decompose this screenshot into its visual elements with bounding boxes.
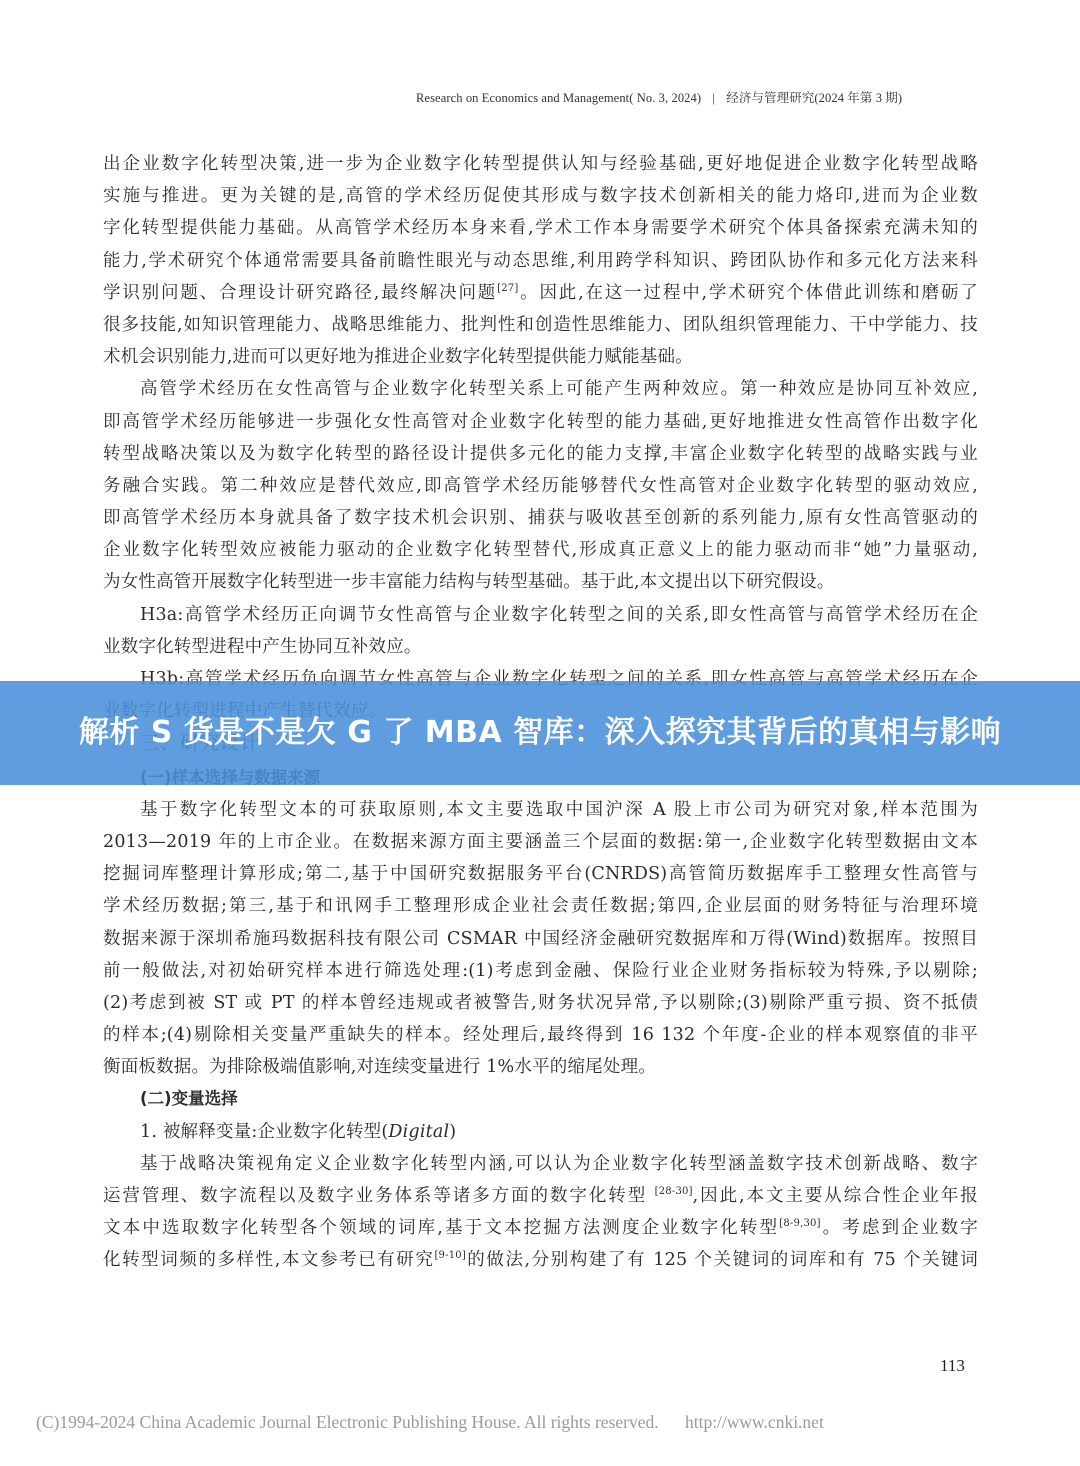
text-line: 很多技能,如知识管理能力、战略思维能力、批判性和创造性思维能力、团队组织管理能力…: [103, 309, 978, 341]
text-line: 即高管学术经历本身就具备了数字技术机会识别、捕获与吸收甚至创新的系列能力,原有女…: [103, 502, 978, 534]
header-separator: |: [712, 91, 715, 105]
subsection-heading: (二)变量选择: [103, 1083, 978, 1115]
text-line: 术机会识别能力,进而可以更好地为推进企业数字化转型提供能力赋能基础。: [103, 341, 978, 373]
title-overlay-banner: 解析 S 货是不是欠 G 了 MBA 智库：深入探究其背后的真相与影响: [0, 681, 1080, 785]
citation-ref[interactable]: [27]: [497, 283, 518, 294]
text-line: 学识别问题、合理设计研究路径,最终解决问题[27]。因此,在这一过程中,学术研究…: [103, 277, 978, 309]
text-line: (2)考虑到被 ST 或 PT 的样本曾经违规或者被警告,财务状况异常,予以剔除…: [103, 987, 978, 1019]
variable-heading: 1. 被解释变量:企业数字化转型(Digital): [103, 1116, 978, 1148]
text-line: 的样本;(4)剔除相关变量严重缺失的样本。经处理后,最终得到 16 132 个年…: [103, 1019, 978, 1051]
text-line: 2013—2019 年的上市企业。在数据来源方面主要涵盖三个层面的数据:第一,企…: [103, 826, 978, 858]
text-line: 高管学术经历在女性高管与企业数字化转型关系上可能产生两种效应。第一种效应是协同互…: [103, 373, 978, 405]
journal-title-cn: 经济与管理研究(2024 年第 3 期): [726, 91, 902, 105]
running-header: Research on Economics and Management( No…: [416, 88, 976, 106]
citation-ref[interactable]: [28-30]: [655, 1186, 693, 1197]
text-line: 出企业数字化转型决策,进一步为企业数字化转型提供认知与经验基础,更好地促进企业数…: [103, 148, 978, 180]
text-line: 基于数字化转型文本的可获取原则,本文主要选取中国沪深 A 股上市公司为研究对象,…: [103, 794, 978, 826]
copyright-footer: (C)1994-2024 China Academic Journal Elec…: [36, 1412, 824, 1433]
text-line: 务融合实践。第二种效应是替代效应,即高管学术经历能够替代女性高管对企业数字化转型…: [103, 470, 978, 502]
text-line: 实施与推进。更为关键的是,高管的学术经历促使其形成与数字技术创新相关的能力烙印,…: [103, 180, 978, 212]
text-line: 运营管理、数字流程以及数字业务体系等诸多方面的数字化转型 [28-30],因此,…: [103, 1180, 978, 1212]
copyright-text: (C)1994-2024 China Academic Journal Elec…: [36, 1412, 659, 1432]
text-line: 化转型词频的多样性,本文参考已有研究[9-10]的做法,分别构建了有 125 个…: [103, 1244, 978, 1276]
text-line: 文本中选取数字化转型各个领域的词库,基于文本挖掘方法测度企业数字化转型[8-9,…: [103, 1212, 978, 1244]
overlay-title: 解析 S 货是不是欠 G 了 MBA 智库：深入探究其背后的真相与影响: [50, 713, 1030, 753]
citation-ref[interactable]: [9-10]: [434, 1250, 465, 1261]
text-line: 企业数字化转型效应被能力驱动的企业数字化转型替代,形成真正意义上的能力驱动而非“…: [103, 534, 978, 566]
text-line: 字化转型提供能力基础。从高管学术经历本身来看,学术工作本身需要学术研究个体具备探…: [103, 212, 978, 244]
page-number: 113: [940, 1356, 965, 1376]
text-line: 衡面板数据。为排除极端值影响,对连续变量进行 1%水平的缩尾处理。: [103, 1051, 978, 1083]
text-line: 能力,学术研究个体通常需要具备前瞻性眼光与动态思维,利用跨学科知识、跨团队协作和…: [103, 245, 978, 277]
footer-url[interactable]: http://www.cnki.net: [685, 1412, 824, 1432]
hypothesis-h3a: H3a:高管学术经历正向调节女性高管与企业数字化转型之间的关系,即女性高管与高管…: [103, 599, 978, 631]
text-line: 即高管学术经历能够进一步强化女性高管对企业数字化转型的能力基础,更好地推进女性高…: [103, 406, 978, 438]
text-line: 为女性高管开展数字化转型进一步丰富能力结构与转型基础。基于此,本文提出以下研究假…: [103, 566, 978, 598]
text-line: 挖掘词库整理计算形成;第二,基于中国研究数据服务平台(CNRDS)高管简历数据库…: [103, 858, 978, 890]
hypothesis-h3a-cont: 业数字化转型进程中产生协同互补效应。: [103, 631, 978, 663]
text-line: 数据来源于深圳希施玛数据科技有限公司 CSMAR 中国经济金融研究数据库和万得(…: [103, 923, 978, 955]
text-line: 学术经历数据;第三,基于和讯网手工整理形成企业社会责任数据;第四,企业层面的财务…: [103, 890, 978, 922]
text-line: 前一般做法,对初始研究样本进行筛选处理:(1)考虑到金融、保险行业企业财务指标较…: [103, 955, 978, 987]
text-line: 基于战略决策视角定义企业数字化转型内涵,可以认为企业数字化转型涵盖数字技术创新战…: [103, 1148, 978, 1180]
journal-title-en: Research on Economics and Management( No…: [416, 91, 701, 105]
citation-ref[interactable]: [8-9,30]: [779, 1218, 820, 1229]
text-line: 转型战略决策以及为数字化转型的路径设计提供多元化的能力支撑,丰富企业数字化转型的…: [103, 438, 978, 470]
